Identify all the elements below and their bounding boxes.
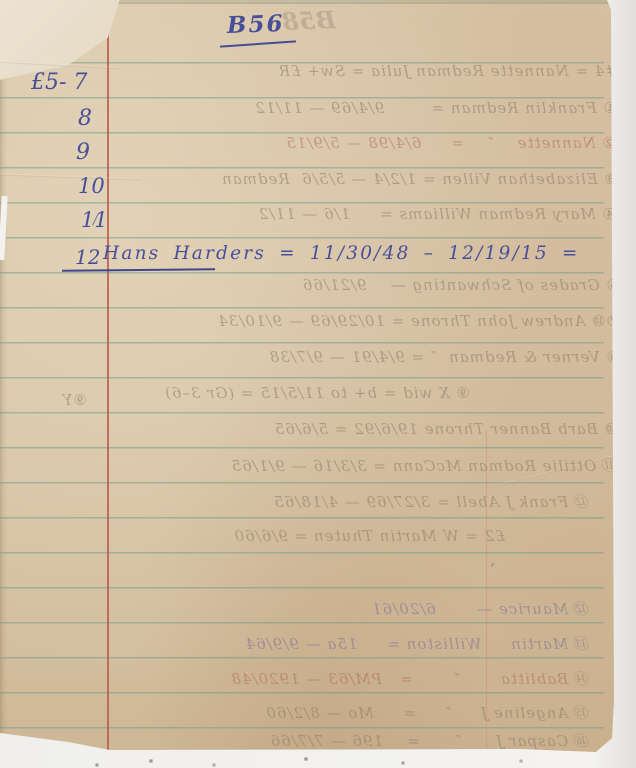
front-ink-layer: B56 £5- 7891011 12 Hans Harders = 11/30/… bbox=[0, 0, 636, 768]
scanner-dust-speckles bbox=[0, 0, 2, 2]
entry-12-text: Hans Harders = 11/30/48 – 12/19/15 = bbox=[103, 243, 580, 264]
scanned-notebook-page: B58 #4 = Nannette Redman Julia = Sw+ £R①… bbox=[0, 0, 636, 768]
entry-12-number: 12 bbox=[75, 245, 100, 269]
page-code: B56 bbox=[227, 10, 285, 39]
notebook-paper: B58 #4 = Nannette Redman Julia = Sw+ £R①… bbox=[0, 0, 636, 768]
stray-mark: ’ bbox=[490, 560, 495, 578]
handwritten-index-number: 9 bbox=[76, 140, 90, 165]
handwritten-index-number: £5- 7 bbox=[31, 70, 87, 95]
entry-12-underline bbox=[62, 268, 215, 272]
handwritten-index-number: 8 bbox=[78, 106, 92, 131]
page-code-underline bbox=[220, 40, 296, 48]
handwritten-index-number: 10 bbox=[78, 174, 105, 198]
stray-mark: / bbox=[93, 213, 97, 228]
